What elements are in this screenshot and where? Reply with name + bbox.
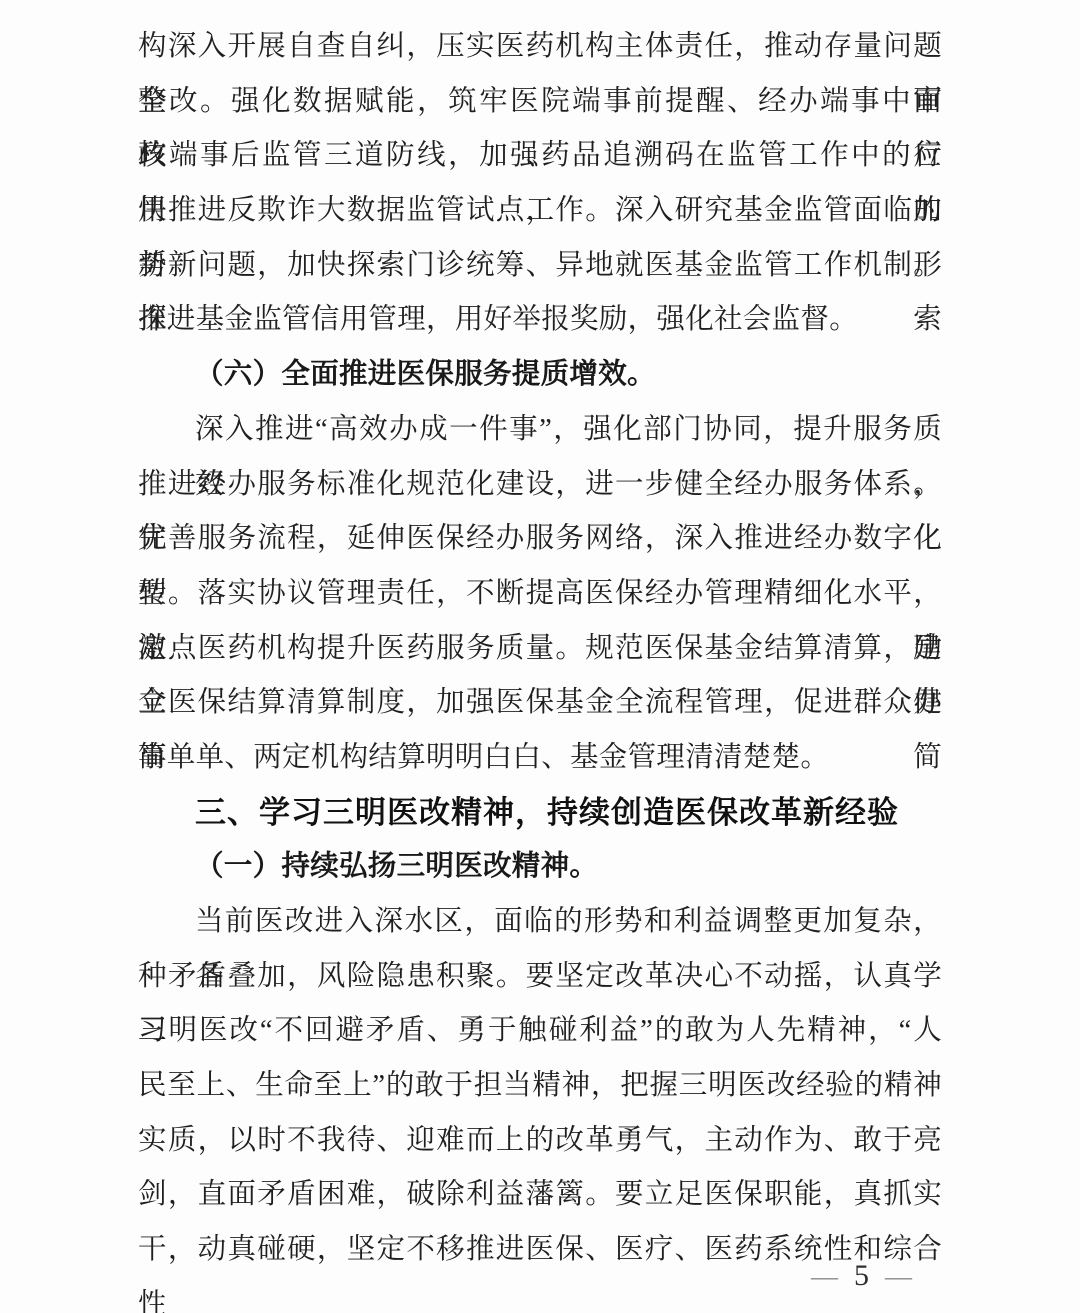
text-line: 实质，以时不我待、迎难而上的改革勇气，主动作为、敢于亮 bbox=[138, 1114, 942, 1169]
text-line: 政端事后监管三道防线，加强药品追溯码在监管工作中的应用，加 bbox=[138, 129, 942, 184]
text-line: 民至上、生命至上”的敢于担当精神，把握三明医改经验的精神 bbox=[138, 1059, 942, 1114]
text-line: 势新问题，加快探索门诊统筹、异地就医基金监管工作机制。探索 bbox=[138, 239, 942, 294]
text-line: 种矛盾叠加，风险隐患积聚。要坚定改革决心不动摇，认真学习 bbox=[138, 950, 942, 1005]
text-line: 推进基金监管信用管理，用好举报奖励，强化社会监督。 bbox=[138, 293, 942, 348]
document-page: 构深入开展自查自纠，压实医药机构主体责任，推动存量问题全面 整改。强化数据赋能，… bbox=[0, 0, 1080, 1313]
text-line: 三明医改“不回避矛盾、勇于触碰利益”的敢为人先精神，“人 bbox=[138, 1004, 942, 1059]
page-number-dash-right: — bbox=[885, 1256, 912, 1296]
text-line: 型。落实协议管理责任，不断提高医保经办管理精细化水平，激励 bbox=[138, 567, 942, 622]
text-line: 定点医药机构提升医药服务质量。规范医保基金结算清算，建立健 bbox=[138, 622, 942, 677]
text-line: 构深入开展自查自纠，压实医药机构主体责任，推动存量问题全面 bbox=[138, 20, 942, 75]
subsection-heading: （六）全面推进医保服务提质增效。 bbox=[138, 348, 942, 403]
text-line: 整改。强化数据赋能，筑牢医院端事前提醒、经办端事中审核、行 bbox=[138, 75, 942, 130]
text-line: 简单单、两定机构结算明明白白、基金管理清清楚楚。 bbox=[138, 731, 942, 786]
page-number: — 5 — bbox=[811, 1256, 912, 1296]
text-line: 深入推进“高效办成一件事”，强化部门协同，提升服务质效。 bbox=[138, 403, 942, 458]
document-body: 构深入开展自查自纠，压实医药机构主体责任，推动存量问题全面 整改。强化数据赋能，… bbox=[138, 20, 942, 1278]
text-line: 当前医改进入深水区，面临的形势和利益调整更加复杂，各 bbox=[138, 895, 942, 950]
text-line: 完善服务流程，延伸医保经办服务网络，深入推进经办数字化转 bbox=[138, 512, 942, 567]
page-number-value: 5 bbox=[854, 1256, 869, 1296]
page-number-dash-left: — bbox=[811, 1256, 838, 1296]
subsection-heading: （一）持续弘扬三明医改精神。 bbox=[138, 840, 942, 895]
text-line: 快推进反欺诈大数据监管试点工作。深入研究基金监管面临的新形 bbox=[138, 184, 942, 239]
text-line: 全医保结算清算制度，加强医保基金全流程管理，促进群众办事简 bbox=[138, 676, 942, 731]
text-line: 剑，直面矛盾困难，破除利益藩篱。要立足医保职能，真抓实 bbox=[138, 1168, 942, 1223]
text-line: 推进经办服务标准化规范化建设，进一步健全经办服务体系，优化 bbox=[138, 458, 942, 513]
section-heading: 三、学习三明医改精神，持续创造医保改革新经验 bbox=[138, 786, 942, 841]
